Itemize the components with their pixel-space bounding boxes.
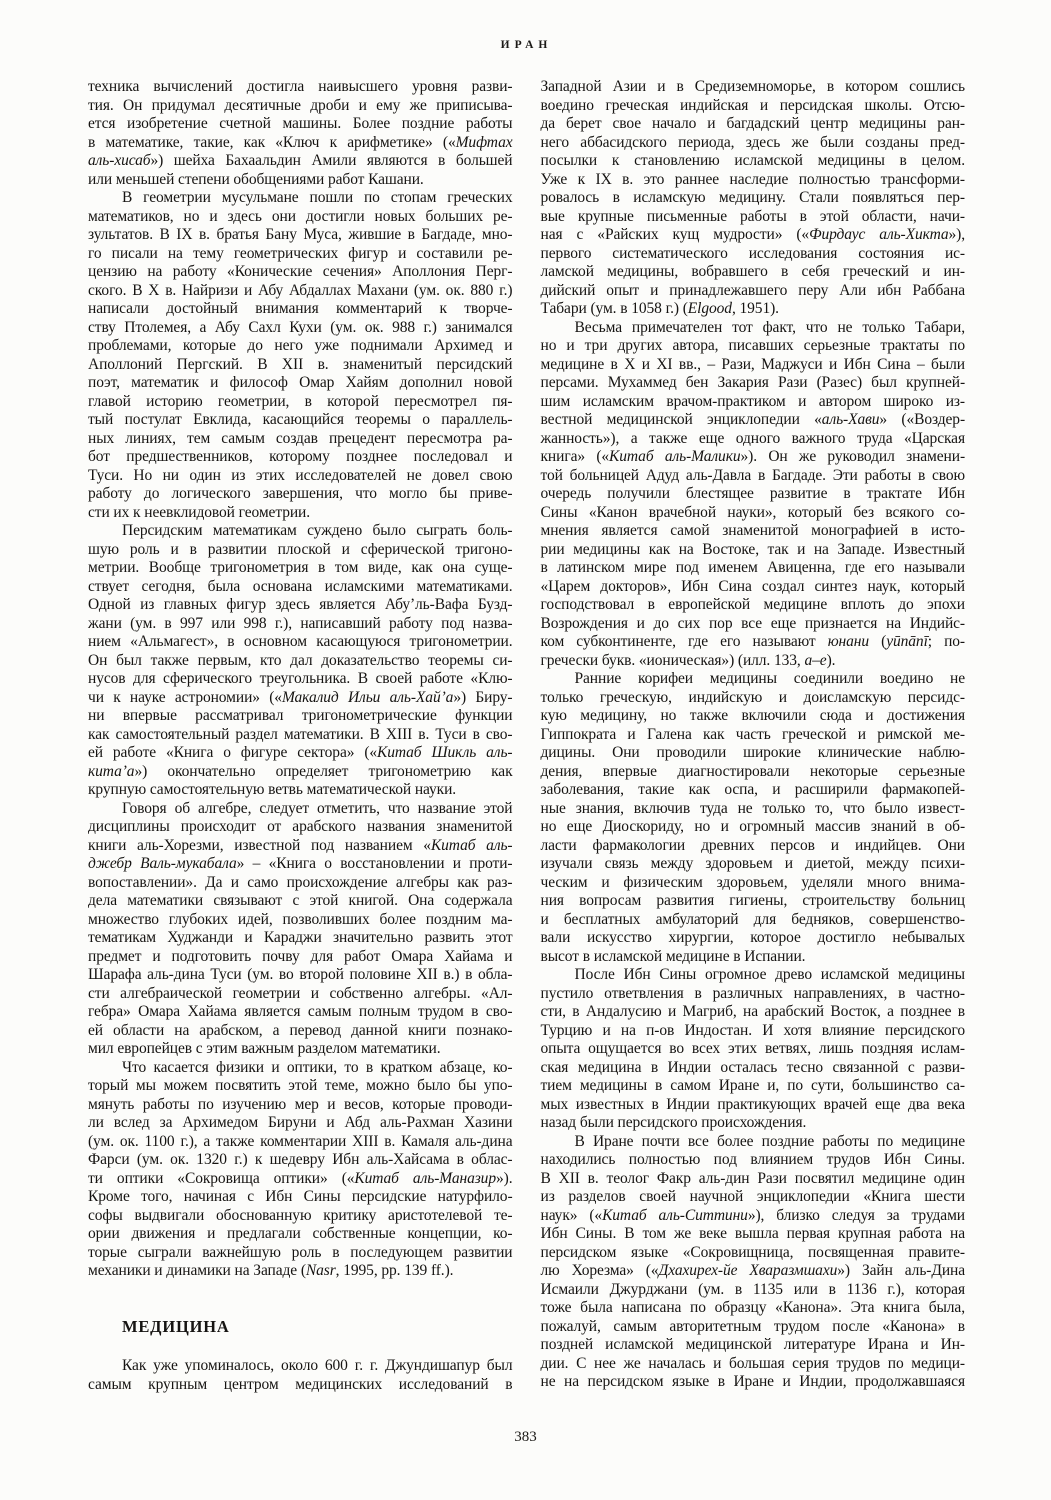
text-line: мянуть работы по изучению мер и весов, к…: [88, 1096, 513, 1115]
text-line: находились полностью под влиянием трудов…: [541, 1151, 966, 1170]
text-line: ству Птолемея, а Абу Сахл Кухи (ум. ок. …: [88, 319, 513, 338]
text-line: ти оптики «Сокровища оптики» («Китаб аль…: [88, 1170, 513, 1189]
text-line: В XII в. теолог Факр аль-дин Рази посвят…: [541, 1170, 966, 1189]
text-line: ствует сегодня, была основана исламскими…: [88, 578, 513, 597]
text-line: воедино греческая индийская и персидская…: [541, 97, 966, 116]
text-line: ком субконтиненте, где его называют юнан…: [541, 633, 966, 652]
text-line: Западной Азии и в Средиземноморье, в кот…: [541, 78, 966, 97]
text-line: (ум. ок. 1100 г.), а также комментарии X…: [88, 1133, 513, 1152]
text-line: назад были персидского происхождения.: [541, 1114, 966, 1133]
text-line: персидском языке «Сокровищница, посвящен…: [541, 1244, 966, 1263]
text-line: Что касается физики и оптики, то в кратк…: [88, 1059, 513, 1078]
text-line: джебр Валь-мукабала» – «Книга о восстано…: [88, 855, 513, 874]
text-line: зультатов. В IX в. братья Бану Муса, жив…: [88, 226, 513, 245]
text-line: тоже была написана по образцу «Канона». …: [541, 1299, 966, 1318]
text-line: техника вычислений достигла наивысшего у…: [88, 78, 513, 97]
text-line: него аббасидского периода, здесь же были…: [541, 134, 966, 153]
paragraph: Персидским математикам суждено было сыгр…: [88, 522, 513, 800]
text-line: работу до логического завершения, что мо…: [88, 485, 513, 504]
text-line: медицине в X и XI вв., – Рази, Маджуси и…: [541, 356, 966, 375]
paragraph: В геометрии мусульмане пошли по стопам г…: [88, 189, 513, 522]
text-line: ных линиях, тем самым создав прецедент п…: [88, 430, 513, 449]
text-line: Он был также первым, кто дал доказательс…: [88, 652, 513, 671]
running-header: ИРАН: [88, 38, 965, 52]
text-line: тый постулат Евклида, касающийся теоремы…: [88, 411, 513, 430]
paragraph: Говоря об алгебре, следует отметить, что…: [88, 800, 513, 1059]
text-line: не на персидском языке в Иране и Индии, …: [541, 1373, 966, 1392]
right-column: Западной Азии и в Средиземноморье, в кот…: [541, 78, 966, 1394]
text-line: дела математики связывают с этой книгой.…: [88, 892, 513, 911]
text-line: торые сыграли важнейшую роль в последующ…: [88, 1244, 513, 1263]
text-line: дии. С нее же началась и большая серия т…: [541, 1355, 966, 1374]
paragraph: В Иране почти все более поздние работы п…: [541, 1133, 966, 1392]
text-line: как самостоятельный раздел математики. В…: [88, 726, 513, 745]
text-line: математиков, но и здесь они достигли нов…: [88, 208, 513, 227]
paragraph: Западной Азии и в Средиземноморье, в кот…: [541, 78, 966, 319]
text-line: метрии. Вообще тригонометрия в том виде,…: [88, 559, 513, 578]
text-line: жанность»), а также еще одного важного т…: [541, 430, 966, 449]
text-line: шую роль и в развитии плоской и сферичес…: [88, 541, 513, 560]
text-line: мнения является самой знаменитой моногра…: [541, 522, 966, 541]
text-line: Туси. Но ни один из этих исследователей …: [88, 467, 513, 486]
text-line: Возрождения и до сих пор все еще признае…: [541, 615, 966, 634]
text-line: После Ибн Сины огромное древо исламской …: [541, 966, 966, 985]
text-line: Уже к IX в. это раннее наследие полность…: [541, 171, 966, 190]
text-line: кита’а») окончательно определяет тригоно…: [88, 763, 513, 782]
text-line: заболевания, такие как оспа, и расширили…: [541, 781, 966, 800]
text-line: Ибн Сины. В том же веке вышла первая кру…: [541, 1225, 966, 1244]
book-page: ИРАН техника вычислений достигла наивысш…: [0, 0, 1051, 1500]
text-line: ская медицина в Индии осталась тесно свя…: [541, 1059, 966, 1078]
text-line: Исмаили Джурджани (ум. в 1135 или в 1136…: [541, 1281, 966, 1300]
paragraph: Что касается физики и оптики, то в кратк…: [88, 1059, 513, 1281]
text-line: В геометрии мусульмане пошли по стопам г…: [88, 189, 513, 208]
text-line: дицины. Они проводили широкие клинически…: [541, 744, 966, 763]
text-line: предмет и подготовить почву для работ Ом…: [88, 948, 513, 967]
text-line: но и три других автора, писавших серьезн…: [541, 337, 966, 356]
text-line: изучали связь между здоровьем и диетой, …: [541, 855, 966, 874]
text-line: Ранние корифеи медицины соединили воедин…: [541, 670, 966, 689]
text-line: ния вопросам развития гигиены, строитель…: [541, 892, 966, 911]
text-line: да берет свое начало и багдадский центр …: [541, 115, 966, 134]
text-line: ории движения и предлагали собственные к…: [88, 1225, 513, 1244]
text-line: лю Хорезма» («Дхахирех-йе Хваразмшахи») …: [541, 1262, 966, 1281]
text-line: высот в исламской медицине в Испании.: [541, 948, 966, 967]
text-line: тематикам Худжанди и Караджи значительно…: [88, 929, 513, 948]
text-line: ей области на арабском, а перевод данной…: [88, 1022, 513, 1041]
text-line: В Иране почти все более поздние работы п…: [541, 1133, 966, 1152]
text-line: «Царем докторов», Ибн Сина создал синтез…: [541, 578, 966, 597]
text-line: гречески букв. «ионическая») (илл. 133, …: [541, 652, 966, 671]
text-line: Говоря об алгебре, следует отметить, что…: [88, 800, 513, 819]
text-line: очередь получили блестящее развитие в тр…: [541, 485, 966, 504]
text-line: и бесплатных амбулаторий для бедняков, с…: [541, 911, 966, 930]
text-line: ная с «Райских кущ мудрости» («Фирдаус а…: [541, 226, 966, 245]
text-line: господствовал в европейской медицине впл…: [541, 596, 966, 615]
text-line: кую медицину, но также включили сюда и д…: [541, 707, 966, 726]
paragraph: Ранние корифеи медицины соединили воедин…: [541, 670, 966, 966]
text-line: самым крупным центром медицинских исслед…: [88, 1376, 513, 1395]
paragraph: Весьма примечателен тот факт, что не тол…: [541, 319, 966, 671]
text-line: дийский опыт и принадлежавшего перу Али …: [541, 282, 966, 301]
text-line: наук» («Китаб аль-Ситтини»), близко след…: [541, 1207, 966, 1226]
text-line: софы выдвигали обоснованную критику арис…: [88, 1207, 513, 1226]
text-line: Шарафа аль-дина Туси (ум. во второй поло…: [88, 966, 513, 985]
text-line: Как уже упоминалось, около 600 г. г. Джу…: [88, 1357, 513, 1376]
text-line: книга» («Китаб аль-Малики»). Он же руков…: [541, 448, 966, 467]
text-line: Персидским математикам суждено было сыгр…: [88, 522, 513, 541]
text-line: ей работе «Книга о фигуре сектора» («Кит…: [88, 744, 513, 763]
text-line: нием «Альмагест», в основном касающуюся …: [88, 633, 513, 652]
text-line: опыта ощущается во всех этих ветвях, лиш…: [541, 1040, 966, 1059]
text-line: Кроме того, начиная с Ибн Сины персидски…: [88, 1188, 513, 1207]
text-line: аль-хисаб») шейха Бахаальдин Амили являю…: [88, 152, 513, 171]
text-line: рии медицины как на Востоке, так и на За…: [541, 541, 966, 560]
text-line: Фарси (ум. ок. 1320 г.) к шедевру Ибн ал…: [88, 1151, 513, 1170]
text-line: сти алгебраической геометрии и собственн…: [88, 985, 513, 1004]
paragraph: Как уже упоминалось, около 600 г. г. Джу…: [88, 1357, 513, 1394]
text-line: ского. В X в. Найризи и Абу Абдаллах Мах…: [88, 282, 513, 301]
section-heading: МЕДИЦИНА: [122, 1318, 513, 1337]
text-line: в латинском мире под именем Авиценна, гд…: [541, 559, 966, 578]
text-line: только греческую, индийскую и доисламску…: [541, 689, 966, 708]
text-line: механики и динамики на Западе (Nasr, 199…: [88, 1262, 513, 1281]
text-line: вестной медицинской энциклопедии «аль-Ха…: [541, 411, 966, 430]
text-line: Гиппократа и Галена как часть греческой …: [541, 726, 966, 745]
text-line: жани (ум. в 997 или 998 г.), написавший …: [88, 615, 513, 634]
left-column: техника вычислений достигла наивысшего у…: [88, 78, 513, 1394]
text-line: нусов для сферического треугольника. В с…: [88, 670, 513, 689]
text-line: главой историю геометрии, в которой пере…: [88, 393, 513, 412]
text-line: персами. Мухаммед бен Закария Рази (Разе…: [541, 374, 966, 393]
text-line: той больницей Адуд аль-Давла в Багдаде. …: [541, 467, 966, 486]
two-column-text-body: техника вычислений достигла наивысшего у…: [88, 78, 965, 1394]
text-line: сти их к неевклидовой геометрии.: [88, 504, 513, 523]
text-line: ласти фармакологии древних персов и инди…: [541, 837, 966, 856]
text-line: Сины «Канон врачебной науки», который бе…: [541, 504, 966, 523]
text-line: поздней исламской медицинской литературе…: [541, 1336, 966, 1355]
text-line: ли вслед за Архимедом Бируни и Абд аль-Р…: [88, 1114, 513, 1133]
text-line: вали искусство хирургии, которое достигл…: [541, 929, 966, 948]
text-line: пустило ответвления в различных направле…: [541, 985, 966, 1004]
text-line: поэт, математик и философ Омар Хайям доп…: [88, 374, 513, 393]
text-line: гебра» Омара Хайама является самым полны…: [88, 1003, 513, 1022]
text-line: го писали на тему геометрических фигур и…: [88, 245, 513, 264]
text-line: Аполлоний Пергский. В XII в. знаменитый …: [88, 356, 513, 375]
text-line: вые крупные письменные работы в этой обл…: [541, 208, 966, 227]
paragraph: техника вычислений достигла наивысшего у…: [88, 78, 513, 189]
text-line: тием медицины в самом Иране и, по сути, …: [541, 1077, 966, 1096]
text-line: книги аль-Хорезми, известной под названи…: [88, 837, 513, 856]
text-line: ные знания, включив туда не только то, ч…: [541, 800, 966, 819]
text-line: мых известных в Индии практикующих враче…: [541, 1096, 966, 1115]
text-line: ется изобретение счетной машины. Более п…: [88, 115, 513, 134]
text-line: первого систематического исследования со…: [541, 245, 966, 264]
text-line: чи к науке астрономии» («Макалид Ильи ал…: [88, 689, 513, 708]
text-line: написали достойный внимания комментарий …: [88, 300, 513, 319]
text-line: цензию на работу «Конические сечения» Ап…: [88, 263, 513, 282]
text-line: Весьма примечателен тот факт, что не тол…: [541, 319, 966, 338]
text-line: ческим и физическим здоровьем, уделяли м…: [541, 874, 966, 893]
text-line: в математике, такие, как «Ключ к арифмет…: [88, 134, 513, 153]
text-line: из разделов своей научной энциклопедии «…: [541, 1188, 966, 1207]
paragraph: После Ибн Сины огромное древо исламской …: [541, 966, 966, 1133]
text-line: Одной из главных фигур здесь является Аб…: [88, 596, 513, 615]
page-number: 383: [0, 1429, 1051, 1446]
text-line: но еще Диоскориду, но и огромный массив …: [541, 818, 966, 837]
text-line: сти, в Андалусию и Магриб, на арабский В…: [541, 1003, 966, 1022]
text-line: дисциплины происходит от арабского назва…: [88, 818, 513, 837]
text-line: бот предшественников, которому позднее п…: [88, 448, 513, 467]
text-line: или меньшей степени обобщениями работ Ка…: [88, 171, 513, 190]
text-line: ни впервые рассматривал тригонометрическ…: [88, 707, 513, 726]
text-line: пожалуй, самым авторитетным трудом после…: [541, 1318, 966, 1337]
text-line: торый мы можем посвятить этой теме, можн…: [88, 1077, 513, 1096]
text-line: тия. Он придумал десятичные дроби и ему …: [88, 97, 513, 116]
text-line: крупную самостоятельную ветвь математиче…: [88, 781, 513, 800]
text-line: ровалось в исламскую медицину. Стали поя…: [541, 189, 966, 208]
text-line: Турцию и на п-ов Индостан. И хотя влияни…: [541, 1022, 966, 1041]
text-line: мил европейцев с этим важным разделом ма…: [88, 1040, 513, 1059]
text-line: посылки к становлению исламской медицины…: [541, 152, 966, 171]
text-line: множество глубоких идей, позволивших бол…: [88, 911, 513, 930]
text-line: проблемами, которые до него уже поднимал…: [88, 337, 513, 356]
text-line: вопоставлении». Да и само происхождение …: [88, 874, 513, 893]
text-line: ламской медицины, вобравшего в себя греч…: [541, 263, 966, 282]
text-line: шим исламским врачом-практиком и автором…: [541, 393, 966, 412]
text-line: Табари (ум. в 1058 г.) (Elgood, 1951).: [541, 300, 966, 319]
text-line: дения, впервые диагностировали некоторые…: [541, 763, 966, 782]
